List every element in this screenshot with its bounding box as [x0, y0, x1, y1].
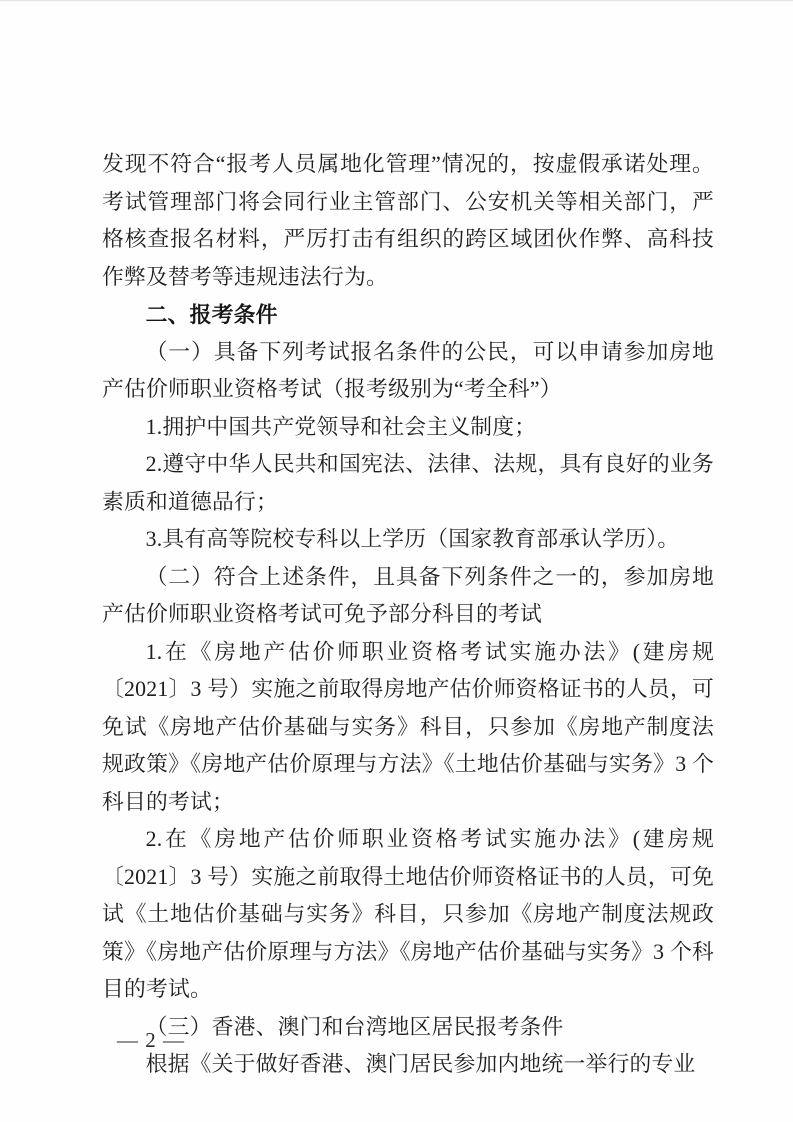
clause-3-intro-paragraph: 根据《关于做好香港、澳门居民参加内地统一举行的专业	[102, 1046, 714, 1084]
condition-item-3: 3.具有高等院校专科以上学历（国家教育部承认学历）。	[102, 521, 714, 559]
clause-1-intro-paragraph: （一）具备下列考试报名条件的公民，可以申请参加房地产估价师职业资格考试（报考级别…	[102, 334, 714, 409]
section-heading-registration-conditions: 二、报考条件	[102, 296, 714, 334]
document-page: 发现不符合“报考人员属地化管理”情况的，按虚假承诺处理。考试管理部门将会同行业主…	[0, 0, 793, 1122]
scan-edge-artifact	[0, 0, 793, 2]
document-text-block: 发现不符合“报考人员属地化管理”情况的，按虚假承诺处理。考试管理部门将会同行业主…	[102, 146, 714, 1084]
exemption-item-1: 1.在《房地产估价师职业资格考试实施办法》(建房规〔2021〕3 号）实施之前取…	[102, 634, 714, 822]
condition-item-2: 2.遵守中华人民共和国宪法、法律、法规，具有良好的业务素质和道德品行；	[102, 446, 714, 521]
fraud-warning-paragraph: 发现不符合“报考人员属地化管理”情况的，按虚假承诺处理。考试管理部门将会同行业主…	[102, 146, 714, 296]
clause-2-intro-paragraph: （二）符合上述条件，且具备下列条件之一的，参加房地产估价师职业资格考试可免予部分…	[102, 559, 714, 634]
page-number: — 2 —	[117, 1028, 185, 1052]
condition-item-1: 1.拥护中国共产党领导和社会主义制度；	[102, 409, 714, 447]
clause-3-heading-paragraph: （三）香港、澳门和台湾地区居民报考条件	[102, 1009, 714, 1047]
exemption-item-2: 2.在《房地产估价师职业资格考试实施办法》(建房规〔2021〕3 号）实施之前取…	[102, 821, 714, 1009]
